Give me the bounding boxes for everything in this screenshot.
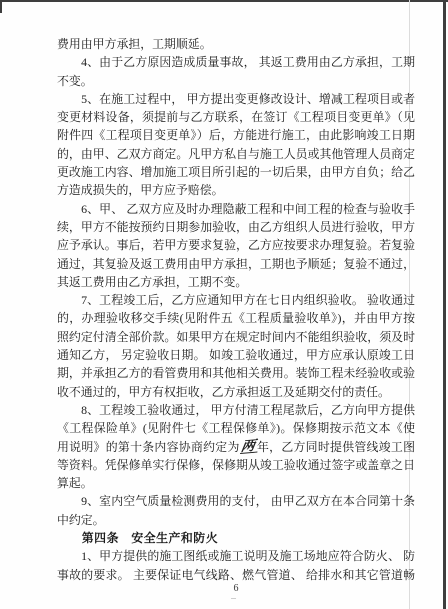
text-line: 期，并承担乙方的看管费用和其他相关费用。装饰工程未经验收或验 xyxy=(57,364,415,382)
text-run: 不变。 xyxy=(57,74,93,88)
text-line: 应予承认。事后，若甲方要求复验，乙方应按要求办理复验。若复验 xyxy=(57,236,415,254)
text-line: 收不通过的，甲方有权拒收，乙方承担返工及延期交付的责任。 xyxy=(57,383,415,401)
text-line: 事故的要求。 主要保证电气线路、燃气管道、 给排水和其它管道畅 xyxy=(57,566,415,584)
text-line: 6、甲、 乙双方应及时办理隐蔽工程和中间工程的检查与验收手 xyxy=(57,200,415,218)
text-line: 7、工程竣工后，乙方应通知甲方在七日内组织验收。 验收通过 xyxy=(57,291,415,309)
text-line: 更改施工内容、增加施工项目所引起的一切后果，由甲方自负；给乙 xyxy=(57,163,415,181)
text-run: 7、工程竣工后，乙方应通知甲方在七日内组织验收。 验收通过 xyxy=(57,293,415,307)
text-run: 等资料。凭保修单实行保修，保修期从竣工验收通过签字或盖章之日 xyxy=(57,458,415,472)
text-line: 附件四《工程项目变更单》）后，方能进行施工，由此影响竣工日期 xyxy=(57,126,415,144)
text-line: 1、甲方提供的施工图纸或施工说明及施工场地应符合防火、 防 xyxy=(57,547,415,565)
scan-smudge xyxy=(231,598,236,599)
scan-border-top xyxy=(0,0,448,2)
text-line: 《工程保险单》(见附件七《工程保修单》)。保修期按示范文本《使 xyxy=(57,419,415,437)
text-run: 通知乙方， 另定验收日期。 如竣工验收通过，甲方应承认原竣工日 xyxy=(57,348,415,362)
text-run: 《工程保险单》(见附件七《工程保修单》)。保修期按示范文本《使 xyxy=(57,421,415,435)
text-run: 照约定付清全部价款。如果甲方在规定时间内不能组织验收，须及时 xyxy=(57,330,415,344)
text-line: 方造成损失的，甲方应予赔偿。 xyxy=(57,181,415,199)
text-run: 方造成损失的，甲方应予赔偿。 xyxy=(57,183,223,197)
text-run: 收不通过的，甲方有权拒收，乙方承担返工及延期交付的责任。 xyxy=(57,385,390,399)
scan-border-right xyxy=(443,0,446,609)
text-run: 事故的要求。 主要保证电气线路、燃气管道、 给排水和其它管道畅 xyxy=(57,568,415,582)
text-line: 照约定付清全部价款。如果甲方在规定时间内不能组织验收，须及时 xyxy=(57,328,415,346)
text-run: 通过，其复验及返工费用由甲方承担，工期也予顺延；复验不通过， xyxy=(57,257,415,271)
text-run: 的，由甲、乙双方商定。凡甲方私自与施工人员或其他管理人员商定 xyxy=(57,147,415,161)
document-text: 费用由甲方承担，工期顺延。 4、由于乙方原因造成质量事故， 其返工费用由乙方承担… xyxy=(57,35,415,584)
text-line: 4、由于乙方原因造成质量事故， 其返工费用由乙方承担，工期 xyxy=(57,53,415,71)
text-line: 通知乙方， 另定验收日期。 如竣工验收通过，甲方应承认原竣工日 xyxy=(57,346,415,364)
text-line: 8、工程竣工验收通过， 甲方付清工程尾款后，乙方向甲方提供 xyxy=(57,401,415,419)
text-run: 用说明》的第十条内容协商约定为 xyxy=(57,440,240,454)
text-run: 年，乙方同时提供管线竣工图 xyxy=(257,440,415,454)
text-line: 等资料。凭保修单实行保修，保修期从竣工验收通过签字或盖章之日 xyxy=(57,456,415,474)
text-line: 的，办理验收移交手续(见附件五《工程质量验收单》)，并由甲方按 xyxy=(57,309,415,327)
text-line: 第四条 安全生产和防火 xyxy=(57,529,415,547)
text-run: 8、工程竣工验收通过， 甲方付清工程尾款后，乙方向甲方提供 xyxy=(57,403,415,417)
text-run: 应予承认。事后，若甲方要求复验，乙方应按要求办理复验。若复验 xyxy=(57,238,415,252)
text-line: 续，甲方不能按预约日期参加验收，由乙方组织人员进行验收，甲方 xyxy=(57,218,415,236)
text-run: 变更材料设备，须提前与乙方联系，在签订《工程项目变更单》（见 xyxy=(57,110,415,124)
text-run: 第四条 安全生产和防火 xyxy=(57,531,218,545)
text-run: 续，甲方不能按预约日期参加验收，由乙方组织人员进行验收，甲方 xyxy=(57,220,415,234)
text-line: 用说明》的第十条内容协商约定为两年，乙方同时提供管线竣工图 xyxy=(57,438,415,456)
text-run: 更改施工内容、增加施工项目所引起的一切后果，由甲方自负；给乙 xyxy=(57,165,415,179)
text-run: 中约定。 xyxy=(57,513,105,527)
text-line: 9、室内空气质量检测费用的支付， 由甲乙双方在本合同第十条 xyxy=(57,492,415,510)
text-run: 5、在施工过程中， 甲方提出变更修改设计、增减工程项目或者 xyxy=(57,92,415,106)
text-run: 6、甲、 乙双方应及时办理隐蔽工程和中间工程的检查与验收手 xyxy=(57,202,415,216)
scanned-contract-page: 费用由甲方承担，工期顺延。 4、由于乙方原因造成质量事故， 其返工费用由乙方承担… xyxy=(0,0,448,609)
text-run: 9、室内空气质量检测费用的支付， 由甲乙双方在本合同第十条 xyxy=(57,494,415,508)
text-line: 的，由甲、乙双方商定。凡甲方私自与施工人员或其他管理人员商定 xyxy=(57,145,415,163)
text-run: 1、甲方提供的施工图纸或施工说明及施工场地应符合防火、 防 xyxy=(57,549,415,563)
text-run: 的，办理验收移交手续(见附件五《工程质量验收单》)，并由甲方按 xyxy=(57,311,415,325)
text-run: 附件四《工程项目变更单》）后，方能进行施工，由此影响竣工日期 xyxy=(57,128,415,142)
text-line: 变更材料设备，须提前与乙方联系，在签订《工程项目变更单》（见 xyxy=(57,108,415,126)
text-run: 其返工费用由乙方承担，工期不变。 xyxy=(57,275,247,289)
text-line: 费用由甲方承担，工期顺延。 xyxy=(57,35,415,53)
text-run: 期，并承担乙方的看管费用和其他相关费用。装饰工程未经验收或验 xyxy=(57,366,415,380)
text-run: 费用由甲方承担，工期顺延。 xyxy=(57,37,212,51)
text-run: 4、由于乙方原因造成质量事故， 其返工费用由乙方承担，工期 xyxy=(57,55,415,69)
scan-border-left-segment xyxy=(0,0,2,13)
text-line: 算起。 xyxy=(57,474,415,492)
text-line: 5、在施工过程中， 甲方提出变更修改设计、增减工程项目或者 xyxy=(57,90,415,108)
text-line: 中约定。 xyxy=(57,511,415,529)
text-line: 其返工费用由乙方承担，工期不变。 xyxy=(57,273,415,291)
page-number: 6 xyxy=(57,583,415,594)
text-run: 算起。 xyxy=(57,476,93,490)
handwritten-warranty-years: 两 xyxy=(240,439,259,453)
text-line: 不变。 xyxy=(57,72,415,90)
text-line: 通过，其复验及返工费用由甲方承担，工期也予顺延；复验不通过， xyxy=(57,255,415,273)
